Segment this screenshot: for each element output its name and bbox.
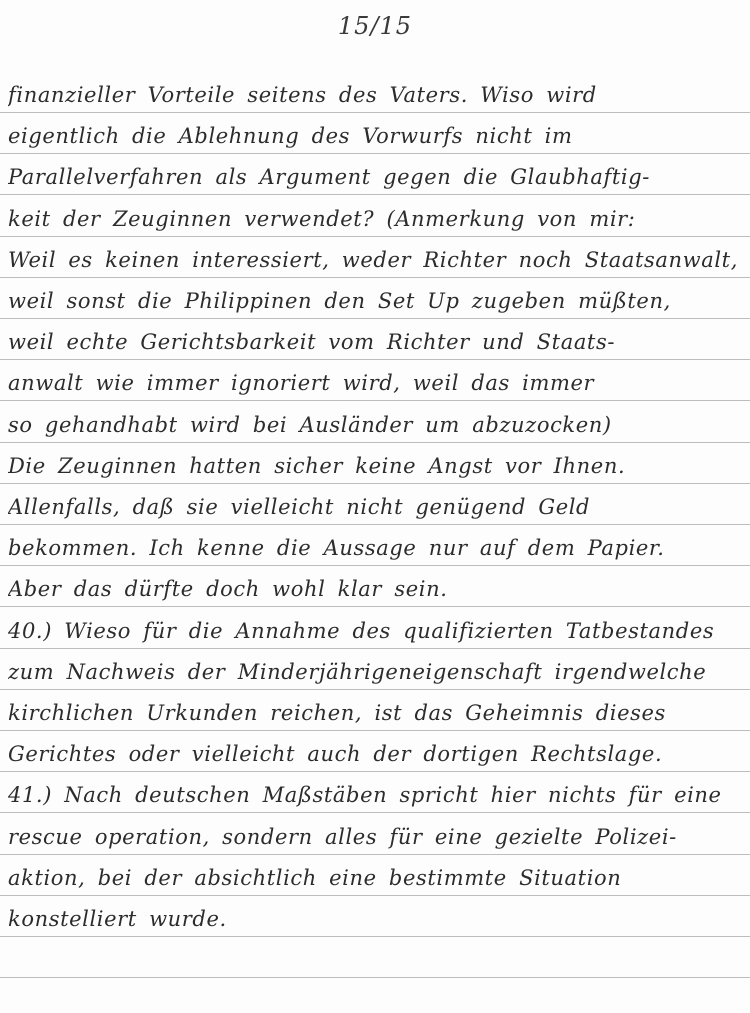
ruled-line	[0, 442, 750, 443]
text-line: weil sonst die Philippinen den Set Up zu…	[8, 289, 748, 313]
text-line: keit der Zeuginnen verwendet? (Anmerkung…	[8, 207, 748, 231]
text-line: Weil es keinen interessiert, weder Richt…	[8, 248, 748, 272]
text-line: weil echte Gerichtsbarkeit vom Richter u…	[8, 330, 748, 354]
text-line: finanzieller Vorteile seitens des Vaters…	[8, 83, 748, 107]
text-line: Gerichtes oder vielleicht auch der dorti…	[8, 742, 748, 766]
ruled-line	[0, 153, 750, 154]
text-line: eigentlich die Ablehnung des Vorwurfs ni…	[8, 124, 748, 148]
ruled-line	[0, 359, 750, 360]
text-line: 40.) Wieso für die Annahme des qualifizi…	[8, 619, 748, 643]
ruled-line	[0, 400, 750, 401]
ruled-line	[0, 194, 750, 195]
ruled-line	[0, 318, 750, 319]
ruled-line	[0, 277, 750, 278]
ruled-line	[0, 483, 750, 484]
ruled-line	[0, 895, 750, 896]
ruled-line	[0, 112, 750, 113]
text-line: 41.) Nach deutschen Maßstäben spricht hi…	[8, 783, 748, 807]
ruled-line	[0, 854, 750, 855]
ruled-line	[0, 606, 750, 607]
page-number: 15/15	[0, 12, 750, 40]
text-line: konstelliert wurde.	[8, 907, 748, 931]
text-line: so gehandhabt wird bei Ausländer um abzu…	[8, 413, 748, 437]
text-line: Parallelverfahren als Argument gegen die…	[8, 165, 748, 189]
text-line: Die Zeuginnen hatten sicher keine Angst …	[8, 454, 748, 478]
handwritten-letter-page: 15/15 finanzieller Vorteile seitens des …	[0, 0, 750, 1013]
ruled-line	[0, 689, 750, 690]
ruled-line	[0, 730, 750, 731]
text-line: rescue operation, sondern alles für eine…	[8, 825, 748, 849]
text-line: Allenfalls, daß sie vielleicht nicht gen…	[8, 495, 748, 519]
ruled-line	[0, 565, 750, 566]
text-line: anwalt wie immer ignoriert wird, weil da…	[8, 371, 748, 395]
ruled-line	[0, 771, 750, 772]
text-line: aktion, bei der absichtlich eine bestimm…	[8, 866, 748, 890]
ruled-line	[0, 812, 750, 813]
ruled-line	[0, 236, 750, 237]
text-line: bekommen. Ich kenne die Aussage nur auf …	[8, 536, 748, 560]
ruled-line	[0, 936, 750, 937]
ruled-line	[0, 524, 750, 525]
text-line: kirchlichen Urkunden reichen, ist das Ge…	[8, 701, 748, 725]
ruled-line	[0, 977, 750, 978]
text-line: Aber das dürfte doch wohl klar sein.	[8, 577, 748, 601]
text-line: zum Nachweis der Minderjährigeneigenscha…	[8, 660, 748, 684]
ruled-line	[0, 648, 750, 649]
